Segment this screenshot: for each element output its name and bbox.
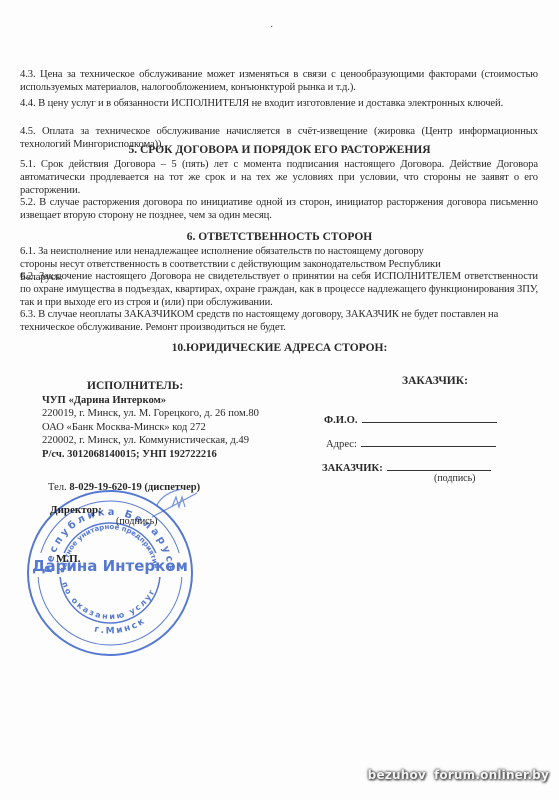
- document-page: · 4.3. Цена за техническое обслуживание …: [0, 0, 559, 800]
- clause-5-1: 5.1. Срок действия Договора – 5 (пять) л…: [20, 158, 538, 197]
- watermark-site: forum.onliner.by: [434, 768, 549, 782]
- top-mark: ·: [270, 22, 273, 33]
- customer-name-row: Ф.И.О.: [324, 413, 497, 426]
- customer-signature-caption: (подпись): [434, 473, 476, 484]
- executor-bank-address: 220002, г. Минск, ул. Коммунистическая, …: [42, 434, 259, 447]
- clause-6-2: 6.2. Заключение настоящего Договора не с…: [20, 270, 538, 309]
- customer-address-row: Адрес:: [326, 437, 496, 450]
- executor-company: ЧУП «Дарина Интерком»: [42, 394, 259, 407]
- clause-4-3: 4.3. Цена за техническое обслуживание мо…: [20, 68, 538, 94]
- section-10-heading: 10.ЮРИДИЧЕСКИЕ АДРЕСА СТОРОН:: [0, 342, 559, 354]
- company-seal-icon: Республика Беларусь Частное унитарное пр…: [22, 487, 198, 659]
- director-signature-caption: (подпись): [116, 516, 158, 527]
- director-label: Директор:: [50, 504, 102, 516]
- clause-5-2: 5.2. В случае расторжения договора по ин…: [20, 196, 538, 222]
- clause-4-4: 4.4. В цену услуг и в обязанности ИСПОЛН…: [20, 97, 538, 110]
- customer-signature-field[interactable]: [387, 461, 491, 471]
- svg-text:по оказанию услуг: по оказанию услуг: [60, 581, 157, 622]
- customer-address-field[interactable]: [361, 437, 496, 447]
- customer-name-field[interactable]: [362, 413, 497, 423]
- executor-bank: ОАО «Банк Москва-Минск» код 272: [42, 421, 259, 434]
- section-6-heading: 6. ОТВЕТСТВЕННОСТЬ СТОРОН: [0, 231, 559, 243]
- seal-label: М.П.: [56, 553, 80, 565]
- section-5-heading: 5. СРОК ДОГОВОРА И ПОРЯДОК ЕГО РАСТОРЖЕН…: [0, 144, 559, 156]
- clause-6-3: 6.3. В случае неоплаты ЗАКАЗЧИКОМ средст…: [20, 308, 540, 334]
- executor-account: Р/сч. 3012068140015; УНП 192722216: [42, 448, 259, 461]
- customer-title: ЗАКАЗЧИК:: [402, 375, 468, 387]
- executor-title: ИСПОЛНИТЕЛЬ:: [87, 380, 183, 393]
- executor-address: 220019, г. Минск, ул. М. Горецкого, д. 2…: [42, 407, 259, 420]
- watermark: bezuhovforum.onliner.by: [360, 768, 549, 782]
- watermark-user: bezuhov: [368, 768, 426, 782]
